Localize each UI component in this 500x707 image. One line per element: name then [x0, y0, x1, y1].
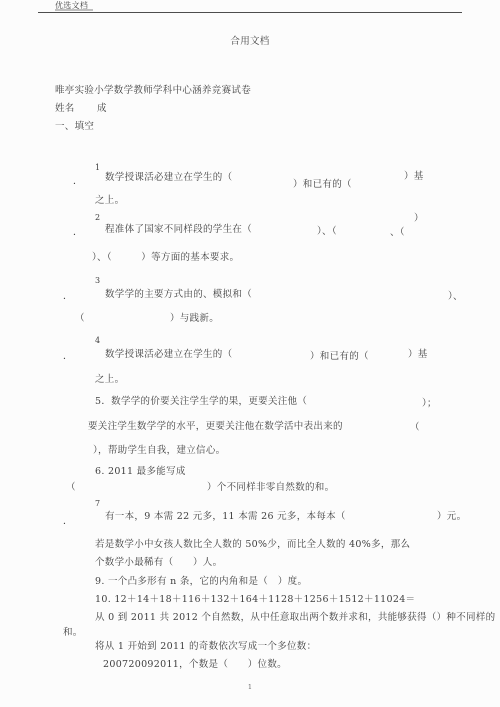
q3-text: ）、 [448, 291, 463, 302]
page-title: 唯亭实验小学数学教师学科中心涵养竞赛试卷 [55, 85, 251, 96]
q1-number: 1 [95, 163, 100, 173]
q10-text: 从 0 到 2011 共 2012 个自然数，从中任意取出两个数并求和，共能够获… [95, 612, 495, 623]
name-value: 成 [97, 103, 107, 114]
header-rule [38, 12, 462, 13]
q6-text: （ [66, 482, 76, 493]
q7-list-dot: ． [63, 516, 73, 527]
q3-list-dot: ． [63, 291, 73, 302]
q2-text: 程准体了国家不同样段的学生在（ [105, 224, 252, 235]
q10-text: 200720092011，个数是（ ）位数。 [103, 659, 287, 670]
q10-text: 和。 [63, 627, 83, 638]
q4-list-dot: ． [63, 351, 73, 362]
q5-text: 要关注学生数学学的水平，更要关注他在数学活中表出来的 [88, 421, 343, 432]
q8-text: 个数学小最稀有（ ）人。 [95, 557, 222, 568]
q4-text: ）基 [408, 349, 428, 360]
doc-badge: 合用文档 [0, 36, 500, 47]
q3-number: 3 [95, 276, 100, 286]
q1-text: 之上。 [95, 195, 124, 206]
q8-text: 若是数学小中女孩人数比全人数的 50%少，而比全人数的 40%多，那么 [95, 539, 410, 550]
q3-text: （ [75, 313, 85, 324]
q4-text: 之上。 [95, 374, 124, 385]
q6-text: 6. 2011 最多能写成 [95, 466, 186, 477]
q6-text: ）个不同样非零自然数的和。 [207, 482, 334, 493]
q9-text: 9. 一个凸多形有 n 条，它的内角和是（ ）度。 [95, 576, 307, 587]
q3-text: 数学学的主要方式由的、模拟和（ [105, 289, 252, 300]
name-label: 姓名 [55, 103, 75, 114]
q10-text: 10. 12＋14＋18＋116＋132＋164＋1128＋1256＋1512＋… [95, 594, 415, 605]
q4-number: 4 [95, 336, 100, 346]
q5-text: 5．数学学的价要关注学生学的果，更要关注他（ [95, 396, 307, 407]
q1-list-dot: ． [73, 176, 83, 187]
q3-text: ）与践新。 [170, 313, 219, 324]
q2-list-dot: ． [73, 227, 83, 238]
q4-text: 数学授课活必建立在学生的（ [105, 349, 232, 360]
q1-text: 数学授课活必建立在学生的（ [105, 172, 232, 183]
q7-text: 有一本，9 本需 22 元多，11 本需 26 元多，本每本（ [105, 511, 346, 522]
q7-number: 7 [95, 499, 100, 509]
q1-text: ）和已有的（ [293, 179, 352, 190]
page-number: 1 [0, 684, 500, 692]
q4-text: ）和已有的（ [310, 351, 369, 362]
q5-text: ），帮助学生自我，建立信心。 [93, 445, 225, 456]
header-underline [55, 9, 93, 11]
section-heading: 一、填空 [55, 121, 94, 132]
q2-text: 、（ [390, 227, 405, 238]
document-page: 优选文档 合用文档 唯亭实验小学数学教师学科中心涵养竞赛试卷 姓名 成 一、填空… [0, 0, 500, 707]
q7-text: ）元。 [437, 511, 466, 522]
q5-text: （ [410, 422, 420, 433]
q5-text: ）； [422, 398, 437, 409]
q2-stray-paren: ） [414, 213, 424, 224]
q1-text: ）基 [404, 171, 424, 182]
q2-number: 2 [95, 213, 100, 223]
q2-text: ）、（ [317, 226, 337, 237]
q10-text: 将从 1 开始到 2011 的奇数依次写成一个多位数： [95, 641, 316, 652]
q2-text: ）、（ ）等方面的基本要求。 [92, 252, 239, 263]
